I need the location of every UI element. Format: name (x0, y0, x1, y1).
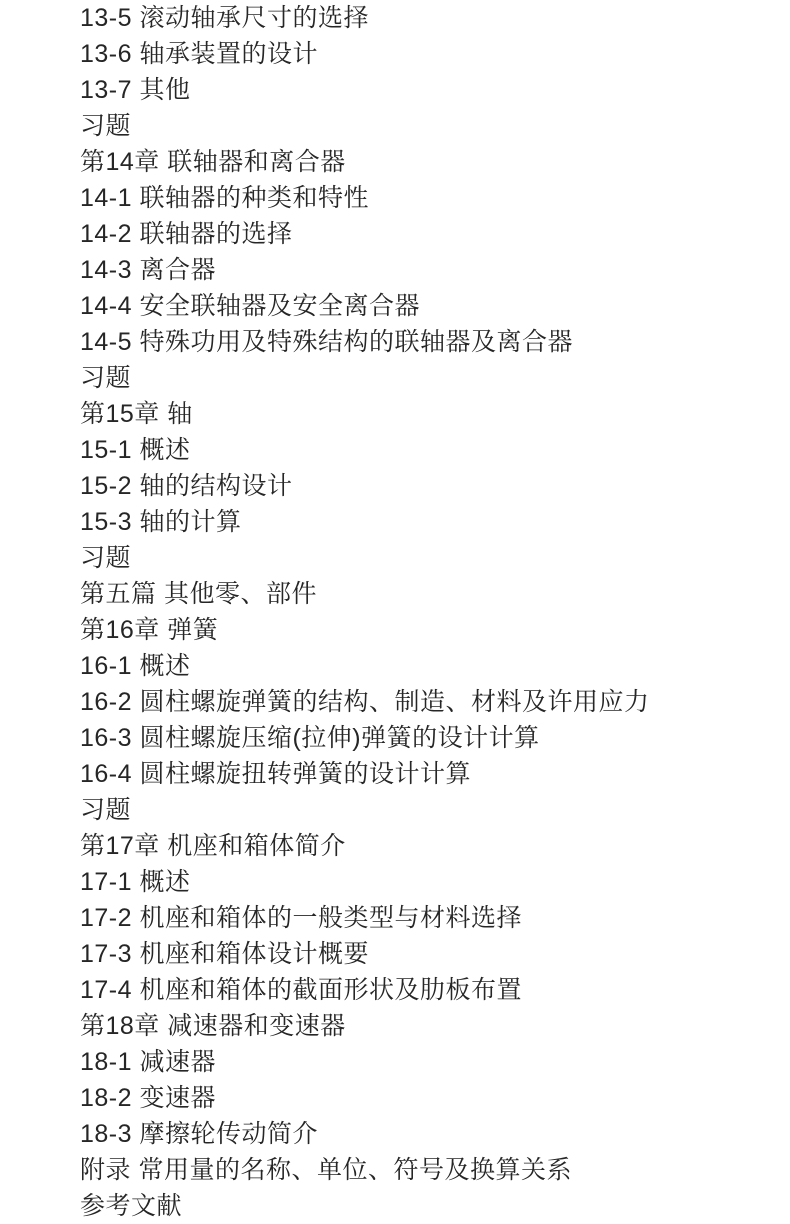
toc-entry: 第五篇 其他零、部件 (80, 576, 780, 612)
toc-entry: 习题 (80, 360, 780, 396)
toc-entry: 14-5 特殊功用及特殊结构的联轴器及离合器 (80, 324, 780, 360)
toc-entry: 习题 (80, 792, 780, 828)
toc-entry: 16-4 圆柱螺旋扭转弹簧的设计计算 (80, 756, 780, 792)
toc-entry: 第15章 轴 (80, 396, 780, 432)
toc-entry: 17-2 机座和箱体的一般类型与材料选择 (80, 900, 780, 936)
toc-entry: 附录 常用量的名称、单位、符号及换算关系 (80, 1152, 780, 1188)
toc-entry: 参考文献 (80, 1188, 780, 1224)
toc-entry: 15-2 轴的结构设计 (80, 468, 780, 504)
toc-entry: 14-1 联轴器的种类和特性 (80, 180, 780, 216)
toc-entry: 13-5 滚动轴承尺寸的选择 (80, 0, 780, 36)
toc-entry: 习题 (80, 108, 780, 144)
toc-entry: 第18章 减速器和变速器 (80, 1008, 780, 1044)
toc-entry: 16-3 圆柱螺旋压缩(拉伸)弹簧的设计计算 (80, 720, 780, 756)
toc-entry: 第16章 弹簧 (80, 612, 780, 648)
toc-entry: 15-3 轴的计算 (80, 504, 780, 540)
toc-entry: 17-3 机座和箱体设计概要 (80, 936, 780, 972)
toc-entry: 第17章 机座和箱体简介 (80, 828, 780, 864)
toc-entry: 15-1 概述 (80, 432, 780, 468)
toc-entry: 18-1 减速器 (80, 1044, 780, 1080)
toc-entry: 18-2 变速器 (80, 1080, 780, 1116)
toc-entry: 14-2 联轴器的选择 (80, 216, 780, 252)
toc-entry: 17-1 概述 (80, 864, 780, 900)
toc-entry: 14-4 安全联轴器及安全离合器 (80, 288, 780, 324)
toc-entry: 习题 (80, 540, 780, 576)
toc-entry: 17-4 机座和箱体的截面形状及肋板布置 (80, 972, 780, 1008)
toc-entry: 13-6 轴承装置的设计 (80, 36, 780, 72)
table-of-contents: 13-5 滚动轴承尺寸的选择13-6 轴承装置的设计13-7 其他习题第14章 … (0, 0, 790, 1224)
toc-entry: 18-3 摩擦轮传动简介 (80, 1116, 780, 1152)
toc-entry: 16-1 概述 (80, 648, 780, 684)
toc-entry: 14-3 离合器 (80, 252, 780, 288)
toc-entry: 16-2 圆柱螺旋弹簧的结构、制造、材料及许用应力 (80, 684, 780, 720)
toc-entry: 13-7 其他 (80, 72, 780, 108)
toc-entry: 第14章 联轴器和离合器 (80, 144, 780, 180)
